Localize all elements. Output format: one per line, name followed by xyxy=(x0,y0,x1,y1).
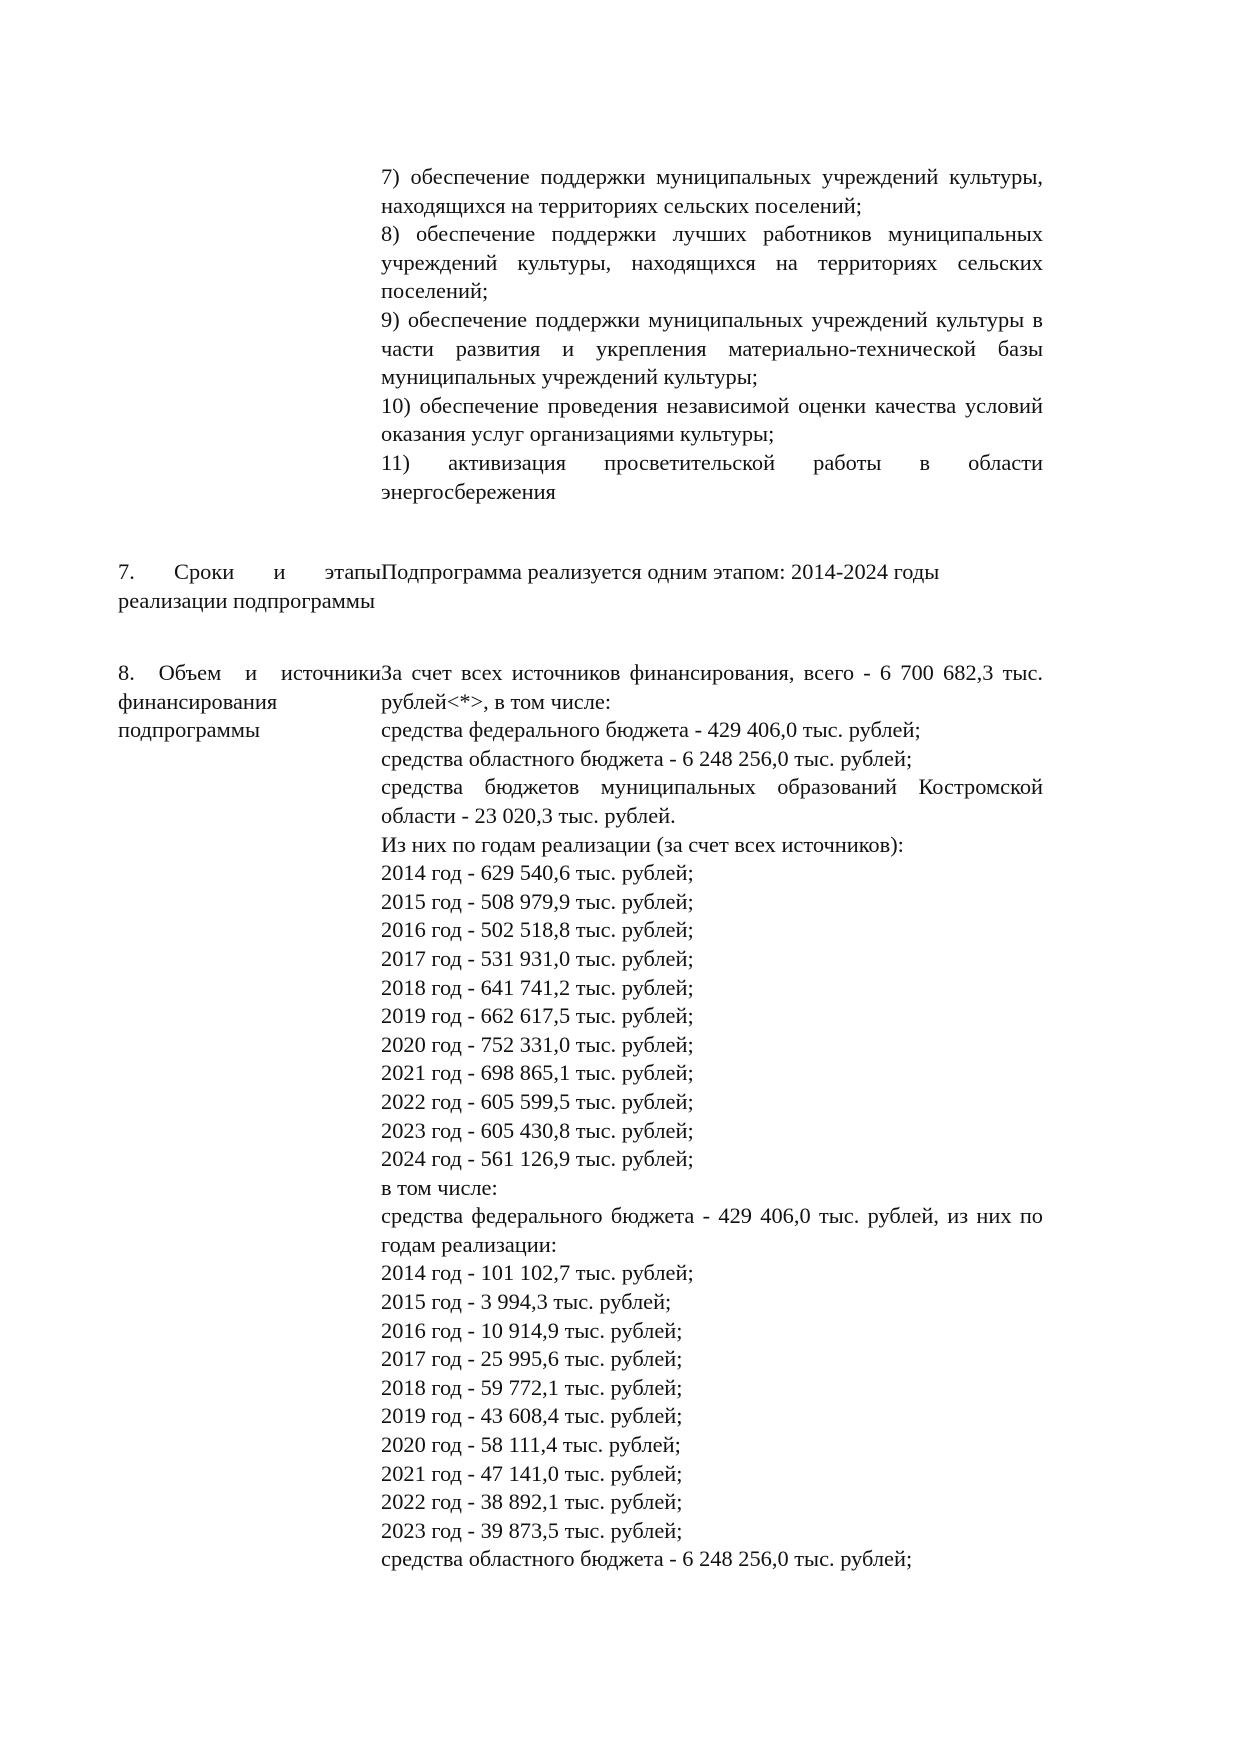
year-line: 2022 год - 38 892,1 тыс. рублей; xyxy=(381,1488,1043,1517)
year-line: 2016 год - 10 914,9 тыс. рублей; xyxy=(381,1317,1043,1346)
municipal-funding: средства бюджетов муниципальных образова… xyxy=(381,773,1043,830)
federal-by-years-list: 2014 год - 101 102,7 тыс. рублей;2015 го… xyxy=(381,1259,1043,1545)
list-item: 11) активизация просветительской работы … xyxy=(381,449,1043,506)
list-item: 7) обеспечение поддержки муниципальных у… xyxy=(381,163,1043,220)
year-line: 2023 год - 39 873,5 тыс. рублей; xyxy=(381,1517,1043,1546)
by-years-heading: Из них по годам реализации (за счет всех… xyxy=(381,831,1043,860)
year-line: 2015 год - 508 979,9 тыс. рублей; xyxy=(381,888,1043,917)
section-7-row: 7. Сроки и этапы реализации подпрограммы… xyxy=(118,558,1043,615)
section-7-text: Подпрограмма реализуется одним этапом: 2… xyxy=(381,558,1043,587)
list-item: 10) обеспечение проведения независимой о… xyxy=(381,392,1043,449)
year-line: 2016 год - 502 518,8 тыс. рублей; xyxy=(381,916,1043,945)
year-line: 2019 год - 662 617,5 тыс. рублей; xyxy=(381,1002,1043,1031)
year-line: 2018 год - 641 741,2 тыс. рублей; xyxy=(381,974,1043,1003)
total-funding: За счет всех источников финансирования, … xyxy=(381,659,1043,716)
year-line: 2021 год - 698 865,1 тыс. рублей; xyxy=(381,1059,1043,1088)
list-item: 8) обеспечение поддержки лучших работник… xyxy=(381,220,1043,306)
year-line: 2020 год - 58 111,4 тыс. рублей; xyxy=(381,1431,1043,1460)
year-line: 2014 год - 101 102,7 тыс. рублей; xyxy=(381,1259,1043,1288)
regional-heading: средства областного бюджета - 6 248 256,… xyxy=(381,1545,1043,1574)
year-line: 2014 год - 629 540,6 тыс. рублей; xyxy=(381,859,1043,888)
regional-funding: средства областного бюджета - 6 248 256,… xyxy=(381,745,1043,774)
federal-funding: средства федерального бюджета - 429 406,… xyxy=(381,716,1043,745)
year-line: 2021 год - 47 141,0 тыс. рублей; xyxy=(381,1460,1043,1489)
year-line: 2017 год - 531 931,0 тыс. рублей; xyxy=(381,945,1043,974)
year-line: 2017 год - 25 995,6 тыс. рублей; xyxy=(381,1345,1043,1374)
year-line: 2024 год - 561 126,9 тыс. рублей; xyxy=(381,1145,1043,1174)
document-page: 7) обеспечение поддержки муниципальных у… xyxy=(0,0,1240,1754)
section-8-label: 8. Объем и источники финансирования подп… xyxy=(118,659,381,745)
by-years-list: 2014 год - 629 540,6 тыс. рублей;2015 го… xyxy=(381,859,1043,1174)
federal-heading: средства федерального бюджета - 429 406,… xyxy=(381,1202,1043,1259)
year-line: 2018 год - 59 772,1 тыс. рублей; xyxy=(381,1374,1043,1403)
list-item: 9) обеспечение поддержки муниципальных у… xyxy=(381,306,1043,392)
year-line: 2023 год - 605 430,8 тыс. рублей; xyxy=(381,1117,1043,1146)
continuation-list: 7) обеспечение поддержки муниципальных у… xyxy=(381,163,1043,506)
year-line: 2022 год - 605 599,5 тыс. рублей; xyxy=(381,1088,1043,1117)
year-line: 2020 год - 752 331,0 тыс. рублей; xyxy=(381,1031,1043,1060)
section-8-row: 8. Объем и источники финансирования подп… xyxy=(118,659,1043,1574)
including-label: в том числе: xyxy=(381,1174,1043,1203)
section-8-content: За счет всех источников финансирования, … xyxy=(381,659,1043,1574)
year-line: 2019 год - 43 608,4 тыс. рублей; xyxy=(381,1402,1043,1431)
year-line: 2015 год - 3 994,3 тыс. рублей; xyxy=(381,1288,1043,1317)
section-7-label: 7. Сроки и этапы реализации подпрограммы xyxy=(118,558,381,615)
